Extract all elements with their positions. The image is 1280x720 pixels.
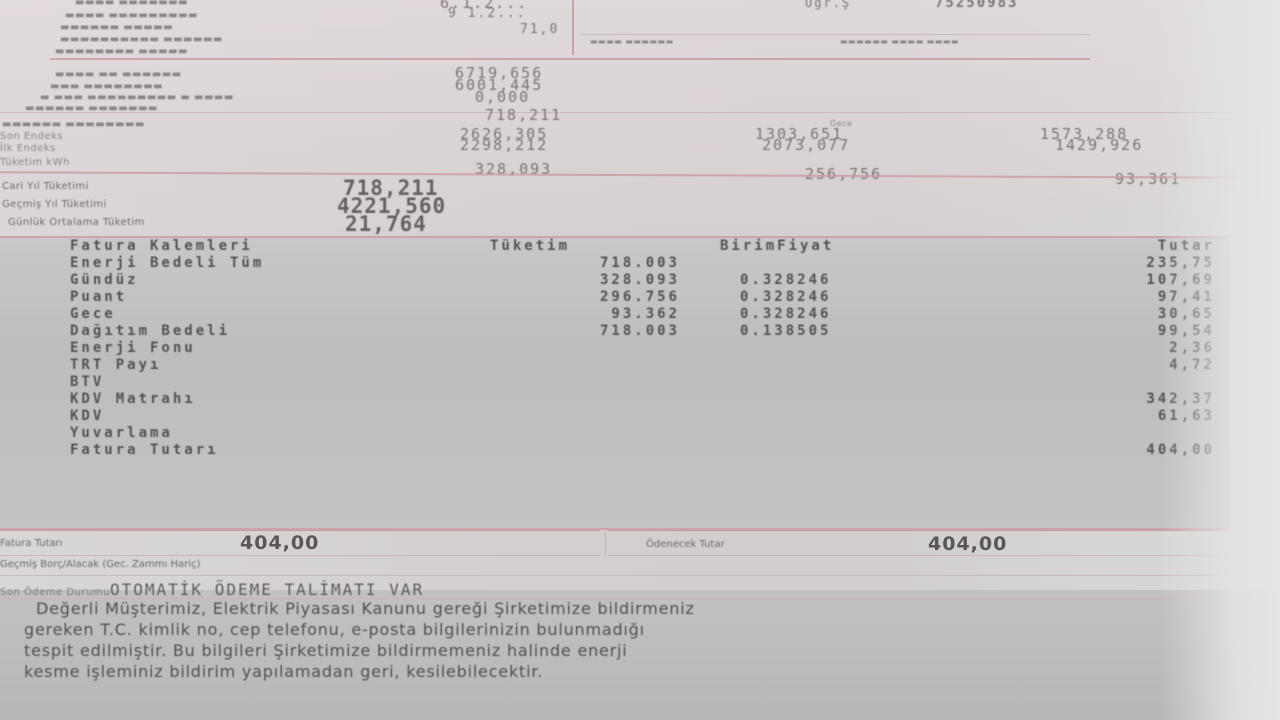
item-name: Yuvarlama <box>70 425 173 441</box>
invoice-total-label: Fatura Tutarı <box>0 538 63 549</box>
notice-line: gereken T.C. kimlik no, cep telefonu, e-… <box>24 619 1264 640</box>
table-row: KDV Matrahı342,37 <box>70 391 1220 408</box>
item-unit-price: 0.328246 <box>740 306 900 322</box>
header-qty: Tüketim <box>490 238 690 254</box>
table-row: Enerji Fonu2,36 <box>70 340 1220 357</box>
table-row: Gündüz328.0930.328246107,69 <box>70 272 1220 289</box>
item-name: Dağıtım Bedeli <box>70 323 230 339</box>
notice-line: kesme işleminiz bildirim yapılamadan ger… <box>24 661 1264 682</box>
divider <box>580 34 1090 35</box>
header-field: ▬▬▬▬▬▬▬▬▬▬ ▬▬▬▬▬▬ <box>60 34 223 45</box>
item-name: KDV <box>70 408 104 424</box>
table-row: KDV61,63 <box>70 408 1220 425</box>
tariff-value: 1429,926 <box>1055 136 1143 154</box>
item-unit-price: 0.138505 <box>740 323 900 339</box>
table-row: Enerji Bedeli Tüm718.003235,75 <box>70 255 1220 272</box>
table-row: Dağıtım Bedeli718.0030.13850599,54 <box>70 323 1220 340</box>
tariff-label: Son Endeks <box>0 131 63 142</box>
tariff-label: ▬▬▬▬▬▬ ▬▬▬▬▬▬▬▬ <box>2 119 145 130</box>
item-name: Enerji Fonu <box>70 340 196 356</box>
item-name: KDV Matrahı <box>70 391 196 407</box>
notice-title: Son Ödeme DurumuOTOMATİK ÖDEME TALİMATI … <box>0 580 424 599</box>
invoice-items-table: Fatura Kalemleri Tüketim BirimFiyat Tuta… <box>70 238 1220 459</box>
item-name: BTV <box>70 374 104 390</box>
tariff-value: 2298,212 <box>460 136 548 154</box>
tariff-value: 2073,077 <box>762 136 850 154</box>
header-field: ▬▬▬▬▬▬ ▬▬▬▬ ▬▬▬▬ <box>840 37 959 46</box>
item-qty: 328.093 <box>480 272 680 288</box>
notice-line: tespit edilmiştir. Bu bilgileri Şirketim… <box>24 640 1264 661</box>
tariff-label: İlk Endeks <box>0 143 56 154</box>
item-unit-price: 0.328246 <box>740 289 900 305</box>
header-field: ▬▬▬▬▬▬▬▬ ▬▬▬▬▬ <box>55 46 188 57</box>
item-name: TRT Payı <box>70 357 161 373</box>
item-qty: 718.003 <box>480 255 680 271</box>
id-value: 75250983 <box>935 0 1018 11</box>
table-row: Fatura Tutarı404,00 <box>70 442 1220 459</box>
table-row: BTV <box>70 374 1220 391</box>
table-row: Gece93.3620.32824630,65 <box>70 306 1220 323</box>
notice-body: Değerli Müşterimiz, Elektrik Piyasası Ka… <box>24 598 1264 682</box>
meter-label: ▬ ▬▬▬ ▬▬▬▬▬▬▬▬▬ ▬ ▬▬▬▬ <box>40 92 234 103</box>
invoice-total-box: Fatura Tutarı 404,00 <box>0 530 600 556</box>
meter-label: ▬▬▬ ▬▬▬▬▬▬▬▬ <box>50 81 163 92</box>
payable-value: 404,00 <box>928 533 1007 555</box>
item-qty: 296.756 <box>480 289 680 305</box>
payable-box: Ödenecek Tutar 404,00 <box>608 530 1228 556</box>
notice-title-text: OTOMATİK ÖDEME TALİMATI VAR <box>110 580 424 599</box>
divider <box>0 575 1230 576</box>
item-qty: 718.003 <box>480 323 680 339</box>
item-name: Gece <box>70 306 116 322</box>
header-field: ▬▬▬▬ ▬▬▬▬▬▬▬ <box>75 0 188 8</box>
invoice-total-value: 404,00 <box>240 532 319 554</box>
notice-line: Değerli Müşterimiz, Elektrik Piyasası Ka… <box>24 598 1264 619</box>
header-field: ▬▬▬▬▬▬ ▬▬▬▬▬ <box>60 22 173 33</box>
divider <box>0 112 1240 113</box>
table-row: Yuvarlama <box>70 425 1220 442</box>
item-name: Puant <box>70 289 127 305</box>
item-unit-price: 0.328246 <box>740 272 900 288</box>
notice-prefix: Son Ödeme Durumu <box>0 587 110 598</box>
meter-label: ▬▬▬▬ ▬▬ ▬▬▬▬▬▬ <box>55 69 182 80</box>
item-qty: 93.362 <box>480 306 680 322</box>
item-name: Fatura Tutarı <box>70 442 219 458</box>
header-field: ▬▬▬▬ ▬▬▬▬▬▬ <box>590 37 674 46</box>
header-unit-price: BirimFiyat <box>720 238 880 254</box>
summary-label: Cari Yıl Tüketimi <box>2 181 89 192</box>
summary-label: Geçmiş Yıl Tüketimi <box>2 199 107 210</box>
item-name: Enerji Bedeli Tüm <box>70 255 264 271</box>
vertical-rule <box>572 0 574 55</box>
top-small-value: 71,0 <box>520 22 559 37</box>
kwh-label: Tüketim kWh <box>0 157 70 168</box>
meter-value: 0,000 <box>475 88 530 106</box>
top-value-2: 9 1.2... <box>448 6 527 21</box>
divider <box>50 58 1090 60</box>
photo-edge-glare <box>1160 0 1280 720</box>
previous-debt-label: Geçmiş Borç/Alacak (Gec. Zammı Hariç) <box>0 559 200 570</box>
total-consumption: 718,211 <box>485 106 562 124</box>
id-label: Ugr.Ş <box>805 0 851 10</box>
vertical-rule <box>605 531 606 557</box>
summary-value: 21,764 <box>345 212 427 236</box>
table-row: Puant296.7560.32824697,41 <box>70 289 1220 306</box>
table-header: Fatura Kalemleri Tüketim BirimFiyat Tuta… <box>70 238 1220 255</box>
table-row: TRT Payı4,72 <box>70 357 1220 374</box>
item-name: Gündüz <box>70 272 139 288</box>
header-field: ▬▬▬▬ ▬▬▬▬▬▬▬▬▬ <box>65 10 198 21</box>
summary-label: Günlük Ortalama Tüketim <box>8 217 145 228</box>
payable-label: Ödenecek Tutar <box>646 539 725 550</box>
header-name: Fatura Kalemleri <box>70 238 253 254</box>
